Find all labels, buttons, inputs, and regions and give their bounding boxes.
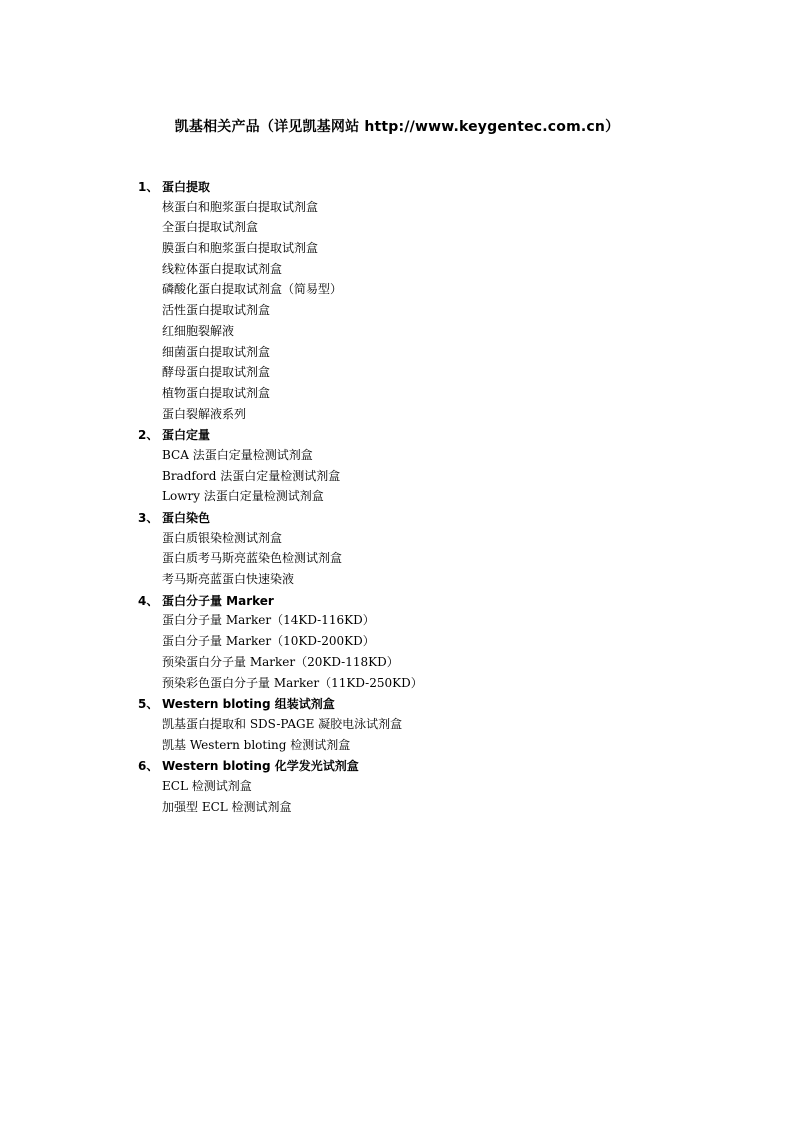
section-heading: 3、 蛋白染色: [138, 507, 423, 528]
list-item: 凯基蛋白提取和 SDS-PAGE 凝胶电泳试剂盒: [138, 714, 423, 735]
list-item: 蛋白分子量 Marker（10KD-200KD）: [138, 631, 423, 652]
list-item: ECL 检测试剂盒: [138, 776, 423, 797]
section-title: Western bloting 化学发光试剂盒: [162, 757, 359, 774]
section-western-blot-kit: 5、 Western bloting 组装试剂盒 凯基蛋白提取和 SDS-PAG…: [138, 693, 423, 755]
list-item: 预染蛋白分子量 Marker（20KD-118KD）: [138, 652, 423, 673]
section-number: 1、: [138, 178, 162, 195]
list-item: 植物蛋白提取试剂盒: [138, 383, 423, 404]
section-number: 6、: [138, 757, 162, 774]
list-item: 磷酸化蛋白提取试剂盒（简易型）: [138, 279, 423, 300]
list-item: 核蛋白和胞浆蛋白提取试剂盒: [138, 197, 423, 218]
list-item: 蛋白分子量 Marker（14KD-116KD）: [138, 610, 423, 631]
list-item: 活性蛋白提取试剂盒: [138, 300, 423, 321]
section-protein-staining: 3、 蛋白染色 蛋白质银染检测试剂盒 蛋白质考马斯亮蓝染色检测试剂盒 考马斯亮蓝…: [138, 507, 423, 590]
section-heading: 6、 Western bloting 化学发光试剂盒: [138, 755, 423, 776]
list-item: 加强型 ECL 检测试剂盒: [138, 797, 423, 818]
section-number: 2、: [138, 426, 162, 443]
list-item: 线粒体蛋白提取试剂盒: [138, 259, 423, 280]
list-item: 凯基 Western bloting 检测试剂盒: [138, 735, 423, 756]
section-heading: 2、 蛋白定量: [138, 424, 423, 445]
list-item: 酵母蛋白提取试剂盒: [138, 362, 423, 383]
list-item: 膜蛋白和胞浆蛋白提取试剂盒: [138, 238, 423, 259]
section-protein-extraction: 1、 蛋白提取 核蛋白和胞浆蛋白提取试剂盒 全蛋白提取试剂盒 膜蛋白和胞浆蛋白提…: [138, 176, 423, 424]
section-title: 蛋白定量: [162, 426, 210, 443]
list-item: Lowry 法蛋白定量检测试剂盒: [138, 486, 423, 507]
section-title: Western bloting 组装试剂盒: [162, 695, 335, 712]
section-title: 蛋白提取: [162, 178, 210, 195]
section-heading: 5、 Western bloting 组装试剂盒: [138, 693, 423, 714]
section-number: 4、: [138, 592, 162, 609]
product-list: 1、 蛋白提取 核蛋白和胞浆蛋白提取试剂盒 全蛋白提取试剂盒 膜蛋白和胞浆蛋白提…: [138, 176, 423, 817]
list-item: 细菌蛋白提取试剂盒: [138, 342, 423, 363]
section-heading: 1、 蛋白提取: [138, 176, 423, 197]
list-item: 考马斯亮蓝蛋白快速染液: [138, 569, 423, 590]
list-item: BCA 法蛋白定量检测试剂盒: [138, 445, 423, 466]
section-title: 蛋白染色: [162, 509, 210, 526]
section-number: 5、: [138, 695, 162, 712]
list-item: 预染彩色蛋白分子量 Marker（11KD-250KD）: [138, 673, 423, 694]
list-item: 蛋白裂解液系列: [138, 404, 423, 425]
list-item: 蛋白质银染检测试剂盒: [138, 528, 423, 549]
section-number: 3、: [138, 509, 162, 526]
list-item: 蛋白质考马斯亮蓝染色检测试剂盒: [138, 548, 423, 569]
section-heading: 4、 蛋白分子量 Marker: [138, 590, 423, 611]
list-item: Bradford 法蛋白定量检测试剂盒: [138, 466, 423, 487]
list-item: 全蛋白提取试剂盒: [138, 217, 423, 238]
list-item: 红细胞裂解液: [138, 321, 423, 342]
section-protein-quantification: 2、 蛋白定量 BCA 法蛋白定量检测试剂盒 Bradford 法蛋白定量检测试…: [138, 424, 423, 507]
section-chemiluminescence-kit: 6、 Western bloting 化学发光试剂盒 ECL 检测试剂盒 加强型…: [138, 755, 423, 817]
page-title: 凯基相关产品（详见凯基网站 http://www.keygentec.com.c…: [0, 116, 794, 136]
section-title: 蛋白分子量 Marker: [162, 592, 274, 609]
section-protein-marker: 4、 蛋白分子量 Marker 蛋白分子量 Marker（14KD-116KD）…: [138, 590, 423, 693]
